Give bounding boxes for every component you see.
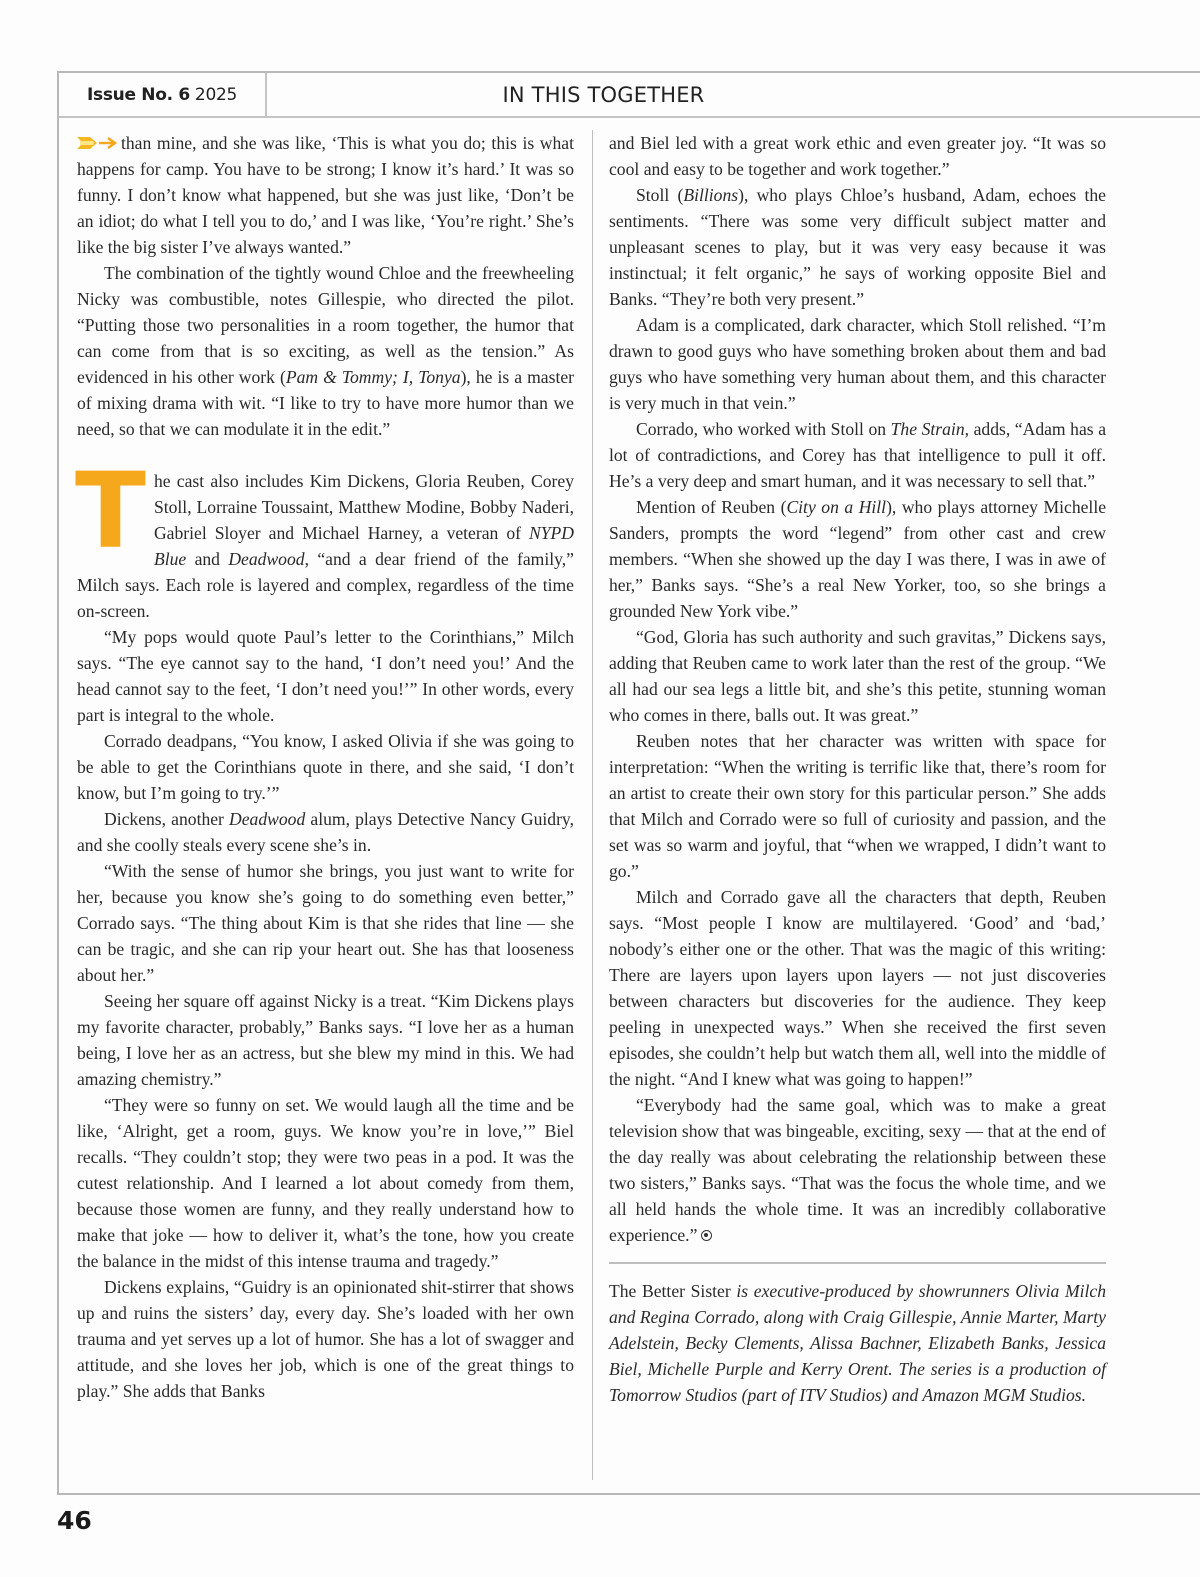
article-frame: Issue No. 6 2025 IN THIS TOGETHER than m…	[57, 71, 1200, 1495]
column-divider	[592, 130, 593, 1480]
credits-note: The Better Sister is executive-produced …	[609, 1278, 1106, 1408]
left-column: than mine, and she was like, ‘This is wh…	[77, 130, 574, 1404]
credits-divider	[609, 1262, 1106, 1264]
paragraph: Dickens explains, “Guidry is an opiniona…	[77, 1274, 574, 1404]
paragraph: and Biel led with a great work ethic and…	[609, 130, 1106, 182]
paragraph: The cast also includes Kim Dickens, Glor…	[77, 468, 574, 624]
issue-year: 2025	[195, 85, 237, 105]
paragraph: Corrado deadpans, “You know, I asked Oli…	[77, 728, 574, 806]
page-header: Issue No. 6 2025 IN THIS TOGETHER	[59, 73, 1200, 118]
end-of-story-icon	[701, 1230, 712, 1241]
paragraph: “My pops would quote Paul’s letter to th…	[77, 624, 574, 728]
paragraph: than mine, and she was like, ‘This is wh…	[77, 130, 574, 260]
paragraph: Corrado, who worked with Stoll on The St…	[609, 416, 1106, 494]
continued-arrow-icon	[77, 136, 117, 150]
drop-cap: T	[75, 472, 146, 550]
paragraph: Dickens, another Deadwood alum, plays De…	[77, 806, 574, 858]
paragraph: Reuben notes that her character was writ…	[609, 728, 1106, 884]
paragraph: “They were so funny on set. We would lau…	[77, 1092, 574, 1274]
section-title: IN THIS TOGETHER	[267, 73, 1200, 116]
paragraph: Seeing her square off against Nicky is a…	[77, 988, 574, 1092]
issue-label: Issue No. 6	[87, 85, 190, 105]
issue-info: Issue No. 6 2025	[59, 73, 267, 116]
page-number: 46	[57, 1506, 92, 1535]
paragraph: “With the sense of humor she brings, you…	[77, 858, 574, 988]
paragraph: Stoll (Billions), who plays Chloe’s husb…	[609, 182, 1106, 312]
paragraph: Adam is a complicated, dark character, w…	[609, 312, 1106, 416]
paragraph: “Everybody had the same goal, which was …	[609, 1092, 1106, 1248]
paragraph: Milch and Corrado gave all the character…	[609, 884, 1106, 1092]
paragraph: The combination of the tightly wound Chl…	[77, 260, 574, 442]
right-column: and Biel led with a great work ethic and…	[609, 130, 1106, 1408]
paragraph: Mention of Reuben (City on a Hill), who …	[609, 494, 1106, 624]
paragraph: “God, Gloria has such authority and such…	[609, 624, 1106, 728]
